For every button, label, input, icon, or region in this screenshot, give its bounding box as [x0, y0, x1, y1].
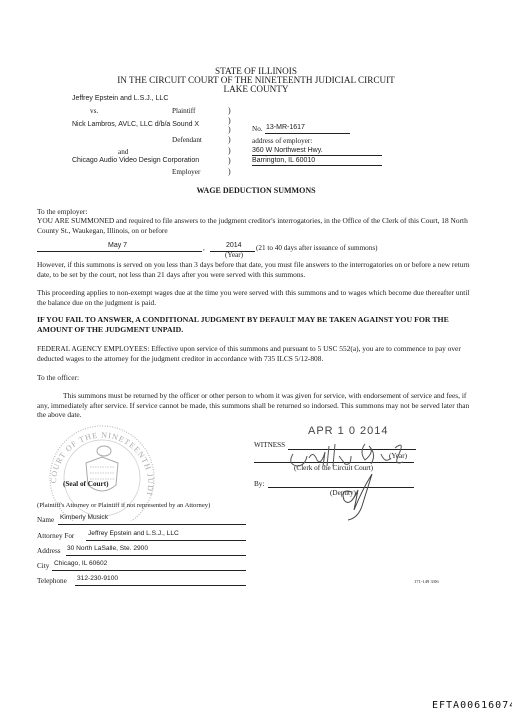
plaintiff-label: Plaintiff: [172, 107, 195, 115]
employer-address-line1: 360 W Northwest Hwy.: [252, 147, 323, 154]
federal-paragraph: FEDERAL AGENCY EMPLOYEES: Effective upon…: [37, 344, 477, 363]
witness-label: WITNESS: [254, 441, 285, 449]
attorney-address: 30 North LaSalle, Ste. 2900: [67, 545, 148, 552]
caption-paren: ): [228, 146, 231, 155]
employer-address-line2: Barrington, IL 60010: [252, 157, 315, 164]
however-paragraph: However, if this summons is served on yo…: [37, 260, 477, 279]
summoned-paragraph: YOU ARE SUMMONED and required to file an…: [37, 216, 477, 235]
employer-label: Employer: [172, 168, 200, 176]
default-warning: IF YOU FAIL TO ANSWER, A CONDITIONAL JUD…: [37, 315, 477, 335]
plaintiff-name: Jeffrey Epstein and L.S.J., LLC: [72, 95, 168, 102]
bates-id: EFTA00616074: [432, 700, 512, 711]
attorney-city-label: City: [37, 562, 49, 570]
year-label: (Year): [225, 251, 243, 259]
employer-name: Chicago Audio Video Design Corporation: [72, 157, 199, 164]
clerk-signature-icon: [285, 436, 415, 472]
caption-paren: ): [228, 125, 231, 134]
caption-paren: ): [228, 135, 231, 144]
attorney-note: (Plaintiff's Attorney or Plaintiff if no…: [37, 502, 210, 509]
days-note: (21 to 40 days after issuance of summons…: [256, 244, 378, 252]
defendant-name: Nick Lambros, AVLC, LLC d/b/a Sound X: [72, 121, 199, 128]
case-number-label: No.: [252, 125, 263, 133]
by-label: By:: [254, 480, 264, 488]
vs-label: vs.: [90, 107, 98, 115]
returned-paragraph: This summons must be returned by the off…: [37, 391, 477, 420]
caption-paren: ): [228, 156, 231, 165]
attorney-name-label: Name: [37, 516, 54, 524]
caption-paren: ): [228, 106, 231, 115]
date-comma: ,: [203, 244, 205, 252]
return-year: 2014: [226, 242, 242, 249]
attorney-phone: 312-230-9100: [77, 575, 118, 582]
employer-address-label: address of employer:: [252, 137, 312, 145]
case-number: 13-MR-1617: [266, 124, 305, 131]
attorney-name: Kimberly Musick: [60, 514, 108, 521]
to-officer: To the officer:: [37, 373, 477, 383]
court-county: LAKE COUNTY: [0, 84, 512, 94]
seal-label: (Seal of Court): [63, 480, 109, 488]
caption-paren: ): [228, 167, 231, 176]
attorney-city: Chicago, IL 60602: [54, 560, 107, 567]
attorney-for-label: Attorney For: [37, 532, 74, 540]
attorney-phone-label: Telephone: [37, 577, 67, 585]
deputy-signature-icon: [332, 470, 382, 522]
caption-paren: ): [228, 116, 231, 125]
document-title: WAGE DEDUCTION SUMMONS: [0, 186, 512, 195]
return-date: May 7: [108, 242, 127, 249]
attorney-for: Jeffrey Epstein and L.S.J., LLC: [88, 530, 179, 537]
and-label: and: [118, 148, 128, 156]
form-code: 171-149 3/06: [414, 579, 439, 584]
defendant-label: Defendant: [172, 136, 202, 144]
attorney-address-label: Address: [37, 547, 61, 555]
proceeding-paragraph: This proceeding applies to non-exempt wa…: [37, 288, 477, 307]
